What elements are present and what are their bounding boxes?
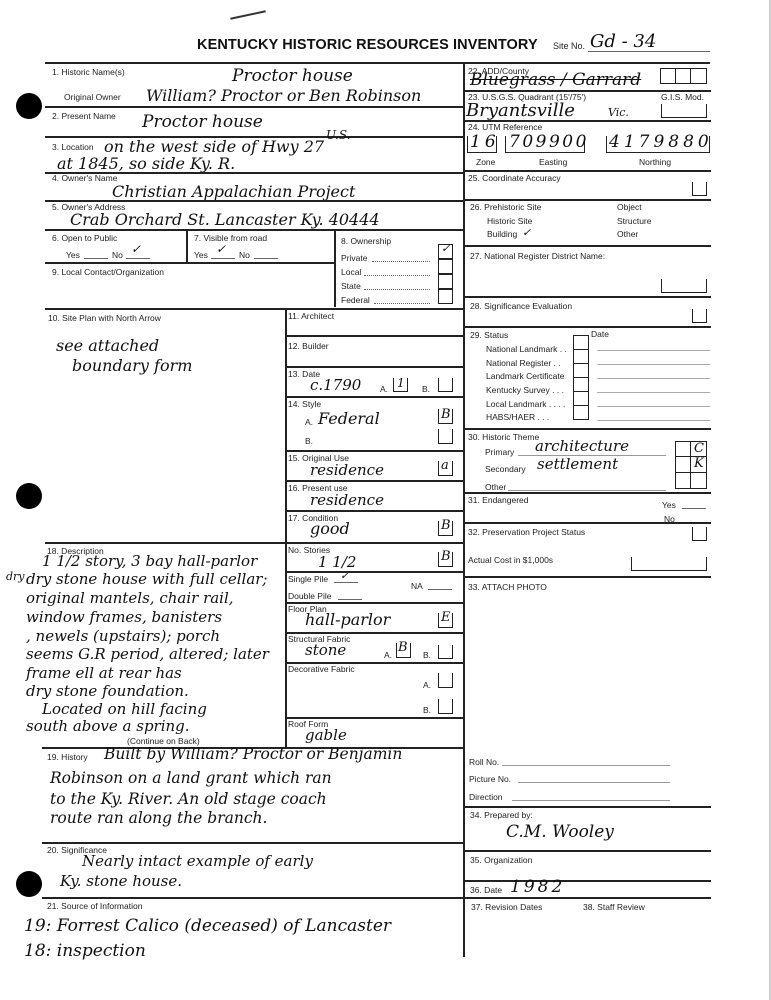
grid-line	[675, 472, 707, 473]
architect-label: 11. Architect	[288, 311, 334, 321]
status-checkbox-5[interactable]	[573, 391, 589, 406]
actual-cost-label: Actual Cost in $1,000s	[468, 555, 553, 565]
floor-plan-code: E	[441, 610, 451, 625]
preservation-status-label: 32. Preservation Project Status	[468, 527, 585, 537]
history-line: Robinson on a land grant which ran	[50, 769, 332, 787]
county-code-box-3[interactable]	[690, 68, 707, 84]
style-a-value: Federal	[318, 409, 380, 428]
original-owner-label: Original Owner	[64, 92, 121, 102]
ownership-federal-checkbox[interactable]	[438, 289, 453, 304]
owner-name-label: 4. Owner's Name	[52, 173, 117, 183]
significance-line: Nearly intact example of early	[82, 852, 313, 870]
style-b-box[interactable]	[438, 429, 453, 444]
history-line: Built by William? Proctor or Benjamin	[104, 745, 402, 763]
historic-name-value: Proctor house	[232, 66, 353, 86]
left-right-divider	[463, 62, 465, 957]
divider	[45, 542, 285, 544]
divider	[463, 296, 711, 298]
site-plan-value-2: boundary form	[72, 356, 192, 375]
visible-road-yes-mark: ✓	[216, 242, 226, 256]
roll-no-field[interactable]	[502, 765, 670, 766]
structure-label: Structure	[617, 216, 652, 226]
direction-label: Direction	[469, 792, 503, 802]
stray-mark	[230, 10, 266, 19]
divider	[285, 450, 463, 452]
condition-code: B	[441, 518, 451, 533]
visible-road-no: No	[239, 250, 250, 260]
structural-b-label: B.	[423, 650, 431, 660]
status-date-5[interactable]	[597, 406, 710, 407]
form-title: KENTUCKY HISTORIC RESOURCES INVENTORY	[197, 37, 538, 53]
significance-line: Ky. stone house.	[60, 872, 182, 890]
ownership-private-mark: ✓	[441, 242, 450, 255]
divider	[42, 842, 463, 844]
visible-road-yes-field[interactable]	[211, 258, 235, 259]
description-line: original mantels, chair rail,	[26, 589, 234, 607]
status-date-4[interactable]	[597, 392, 710, 393]
punch-hole-middle	[16, 483, 42, 509]
county-value: Bluegrass / Garrard	[470, 70, 641, 90]
divider	[334, 229, 336, 307]
divider	[285, 480, 463, 482]
significance-eval-box[interactable]	[692, 309, 707, 323]
divider	[45, 308, 463, 310]
object-label: Object	[617, 202, 642, 212]
source-line: 18: inspection	[24, 941, 146, 961]
building-label: Building	[487, 229, 517, 239]
divider	[463, 326, 711, 328]
divider	[285, 366, 463, 368]
divider	[285, 571, 463, 573]
na-label: NA	[411, 581, 423, 591]
punch-hole-bottom	[16, 871, 42, 897]
divider	[285, 396, 463, 398]
visible-road-label: 7. Visible from road	[194, 233, 267, 243]
status-checkbox-3[interactable]	[573, 363, 589, 378]
divider	[463, 492, 711, 494]
date-prepared-label: 36. Date	[470, 885, 502, 895]
original-owner-value: William? Proctor or Ben Robinson	[146, 86, 421, 105]
ownership-federal: Federal	[341, 295, 370, 305]
historic-site-label: Historic Site	[487, 216, 532, 226]
date-prepared-value: 1982	[510, 877, 565, 897]
divider	[463, 170, 711, 172]
divider	[45, 106, 463, 108]
open-public-no: No	[112, 250, 123, 260]
style-b-label: B.	[305, 436, 313, 446]
decorative-a-box[interactable]	[438, 673, 453, 688]
secondary-label: Secondary	[485, 464, 526, 474]
site-plan-value-1: see attached	[56, 336, 159, 355]
divider	[463, 576, 711, 578]
date-b-label: B.	[422, 384, 430, 394]
divider	[285, 308, 287, 748]
location-insert: U.S.	[326, 128, 350, 142]
divider	[463, 880, 711, 882]
other-label: Other	[617, 229, 638, 239]
decorative-b-label: B.	[423, 705, 431, 715]
ownership-state-checkbox[interactable]	[438, 274, 453, 289]
coordinate-accuracy-label: 25. Coordinate Accuracy	[468, 173, 561, 183]
owner-name-value: Christian Appalachian Project	[112, 182, 355, 201]
endangered-label: 31. Endangered	[468, 495, 529, 505]
structural-a-code: B	[398, 640, 408, 655]
description-line: window frames, banisters	[26, 608, 222, 626]
primary-theme-value: architecture	[535, 437, 629, 455]
staff-review-label: 38. Staff Review	[583, 902, 645, 912]
site-no-line	[588, 51, 710, 52]
divider	[285, 542, 463, 544]
endangered-yes-field[interactable]	[682, 508, 706, 509]
easting-label: Easting	[539, 157, 567, 167]
status-habs-haer: HABS/HAER . . .	[486, 412, 549, 422]
divider	[463, 199, 711, 201]
divider	[463, 897, 711, 899]
single-pile-label: Single Pile	[288, 574, 328, 584]
visible-road-yes: Yes	[194, 250, 208, 260]
coordinate-accuracy-box[interactable]	[692, 182, 707, 196]
status-date-6[interactable]	[597, 420, 710, 421]
gis-label: G.I.S. Mod.	[661, 92, 704, 102]
ownership-state: State	[341, 281, 361, 291]
national-register-district-label: 27. National Register District Name:	[470, 251, 605, 261]
structural-b-box[interactable]	[438, 645, 453, 659]
historic-theme-label: 30. Historic Theme	[468, 432, 539, 442]
style-a-code: B	[441, 407, 451, 422]
description-line: Located on hill facing	[42, 700, 207, 718]
grid-line	[690, 441, 691, 489]
roof-form-value: gable	[305, 726, 347, 744]
roll-no-label: Roll No.	[469, 757, 499, 767]
history-line: to the Ky. River. An old stage coach	[50, 790, 327, 808]
quadrant-value: Bryantsville	[466, 100, 575, 121]
prepared-by-value: C.M. Wooley	[506, 822, 614, 842]
ownership-private: Private	[341, 253, 367, 263]
stories-value: 1 1/2	[318, 553, 356, 571]
status-national-landmark: National Landmark . .	[486, 344, 567, 354]
source-label: 21. Source of Information	[47, 901, 142, 911]
status-landmark-certificate: Landmark Certificate	[486, 371, 564, 381]
blank	[84, 258, 108, 259]
site-no-value: Gd - 34	[590, 31, 656, 52]
divider	[463, 850, 711, 852]
status-checkbox-1[interactable]	[573, 335, 589, 350]
primary-theme-code: C	[694, 441, 704, 456]
divider	[45, 229, 463, 231]
floor-plan-value: hall-parlor	[305, 610, 390, 629]
description-line: dry stone foundation.	[26, 682, 189, 700]
description-line: , newels (upstairs); porch	[26, 627, 220, 645]
northing-label: Northing	[639, 157, 671, 167]
preservation-status-box[interactable]	[692, 527, 707, 541]
style-a-label: A.	[305, 417, 313, 427]
status-date-3[interactable]	[597, 378, 710, 379]
divider	[463, 522, 711, 524]
dots	[364, 289, 430, 290]
description-line: south above a spring.	[26, 717, 190, 735]
attach-photo-label: 33. ATTACH PHOTO	[468, 582, 547, 592]
location-label: 3. Location	[52, 142, 94, 152]
other-theme-label: Other	[485, 482, 506, 492]
primary-label: Primary	[485, 447, 514, 457]
organization-label: 35. Organization	[470, 855, 532, 865]
owner-address-value: Crab Orchard St. Lancaster Ky. 40444	[70, 210, 380, 229]
status-checkbox-2[interactable]	[573, 349, 589, 364]
status-local-landmark: Local Landmark . . . .	[486, 399, 565, 409]
date-value: c.1790	[310, 376, 361, 394]
ownership-local: Local	[341, 267, 361, 277]
open-public-yes: Yes	[66, 250, 80, 260]
site-plan-label: 10. Site Plan with North Arrow	[48, 313, 161, 323]
endangered-yes: Yes	[662, 500, 676, 510]
picture-no-label: Picture No.	[469, 774, 511, 784]
divider	[463, 245, 711, 247]
dots	[374, 303, 430, 304]
double-pile-field[interactable]	[338, 599, 362, 600]
local-contact-label: 9. Local Contact/Organization	[52, 267, 164, 277]
building-mark: ✓	[522, 226, 531, 239]
secondary-theme-code: K	[694, 456, 704, 471]
status-kentucky-survey: Kentucky Survey . . .	[486, 385, 564, 395]
secondary-theme-value: settlement	[537, 455, 618, 473]
zone-label: Zone	[476, 157, 495, 167]
utm-label: 24. UTM Reference	[468, 122, 542, 132]
utm-easting-value: 709900	[509, 132, 589, 152]
decorative-b-box[interactable]	[438, 699, 453, 714]
status-date-1[interactable]	[597, 350, 710, 351]
source-line: 19: Forrest Calico (deceased) of Lancast…	[24, 916, 391, 936]
ownership-label: 8. Ownership	[341, 236, 391, 246]
actual-cost-box[interactable]	[631, 557, 707, 571]
decorative-a-label: A.	[423, 680, 431, 690]
county-code-box-1[interactable]	[660, 68, 676, 84]
condition-value: good	[310, 519, 350, 538]
status-national-register: National Register . .	[486, 358, 561, 368]
history-line: route ran along the branch.	[50, 809, 267, 827]
divider	[45, 262, 335, 264]
divider	[186, 229, 188, 263]
blank	[508, 490, 666, 491]
present-name-label: 2. Present Name	[52, 111, 116, 121]
single-pile-field[interactable]	[334, 582, 358, 583]
blank	[254, 258, 278, 259]
status-date-label: Date	[591, 329, 609, 339]
status-checkbox-4[interactable]	[573, 377, 589, 392]
utm-zone-value: 16	[470, 132, 500, 152]
status-date-2[interactable]	[597, 364, 710, 365]
description-line: frame ell at rear has	[26, 664, 182, 682]
national-register-district-box[interactable]	[661, 279, 707, 293]
builder-label: 12. Builder	[288, 341, 329, 351]
location-value-2: at 1845, so side Ky. R.	[57, 154, 235, 173]
single-pile-mark: ✓	[340, 569, 349, 582]
divider	[463, 428, 711, 430]
description-line: seems G.R period, altered; later	[26, 645, 269, 663]
divider	[285, 510, 463, 512]
site-no-label: Site No.	[553, 41, 585, 51]
picture-no-field[interactable]	[518, 782, 670, 783]
stories-code: B	[441, 549, 451, 564]
prehistoric-site-label: 26. Prehistoric Site	[470, 202, 541, 212]
present-name-value: Proctor house	[142, 112, 263, 132]
quadrant-note: Vic.	[608, 106, 629, 119]
status-label: 29. Status	[470, 330, 508, 340]
description-line: 1 1/2 story, 3 bay hall-parlor	[42, 552, 257, 570]
structural-a-label: A.	[384, 650, 392, 660]
description-margin-note: dry	[6, 570, 25, 583]
date-a-code: 1	[397, 376, 405, 390]
description-line: dry stone house with full cellar;	[26, 570, 267, 588]
historic-name-label: 1. Historic Name(s)	[52, 67, 125, 77]
date-a-label: A.	[380, 384, 388, 394]
dots	[364, 275, 430, 276]
na-field[interactable]	[428, 589, 452, 590]
status-checkbox-6[interactable]	[573, 405, 589, 420]
open-public-label: 6. Open to Public	[52, 233, 117, 243]
revision-dates-label: 37. Revision Dates	[471, 902, 542, 912]
history-label: 19. History	[47, 752, 88, 762]
prepared-by-label: 34. Prepared by:	[470, 810, 533, 820]
date-b-box[interactable]	[438, 378, 453, 392]
county-code-box-2[interactable]	[675, 68, 691, 84]
dots	[372, 261, 430, 262]
divider	[285, 335, 463, 337]
present-use-value: residence	[310, 491, 384, 509]
open-public-no-mark: ✓	[131, 242, 141, 256]
open-public-no-field[interactable]	[126, 258, 150, 259]
direction-field[interactable]	[512, 800, 670, 801]
divider	[42, 897, 463, 899]
form-top-border	[45, 62, 710, 64]
punch-hole-top	[16, 93, 42, 119]
style-label: 14. Style	[288, 399, 321, 409]
utm-northing-value: 4179880	[609, 132, 713, 152]
significance-eval-label: 28. Significance Evaluation	[470, 301, 572, 311]
ownership-local-checkbox[interactable]	[438, 259, 453, 274]
original-use-value: residence	[310, 461, 384, 479]
decorative-fabric-label: Decorative Fabric	[288, 664, 355, 674]
structural-fabric-value: stone	[305, 641, 346, 659]
divider	[463, 806, 711, 808]
gis-box[interactable]	[661, 104, 707, 118]
double-pile-label: Double Pile	[288, 591, 331, 601]
original-use-code: a	[441, 458, 449, 473]
